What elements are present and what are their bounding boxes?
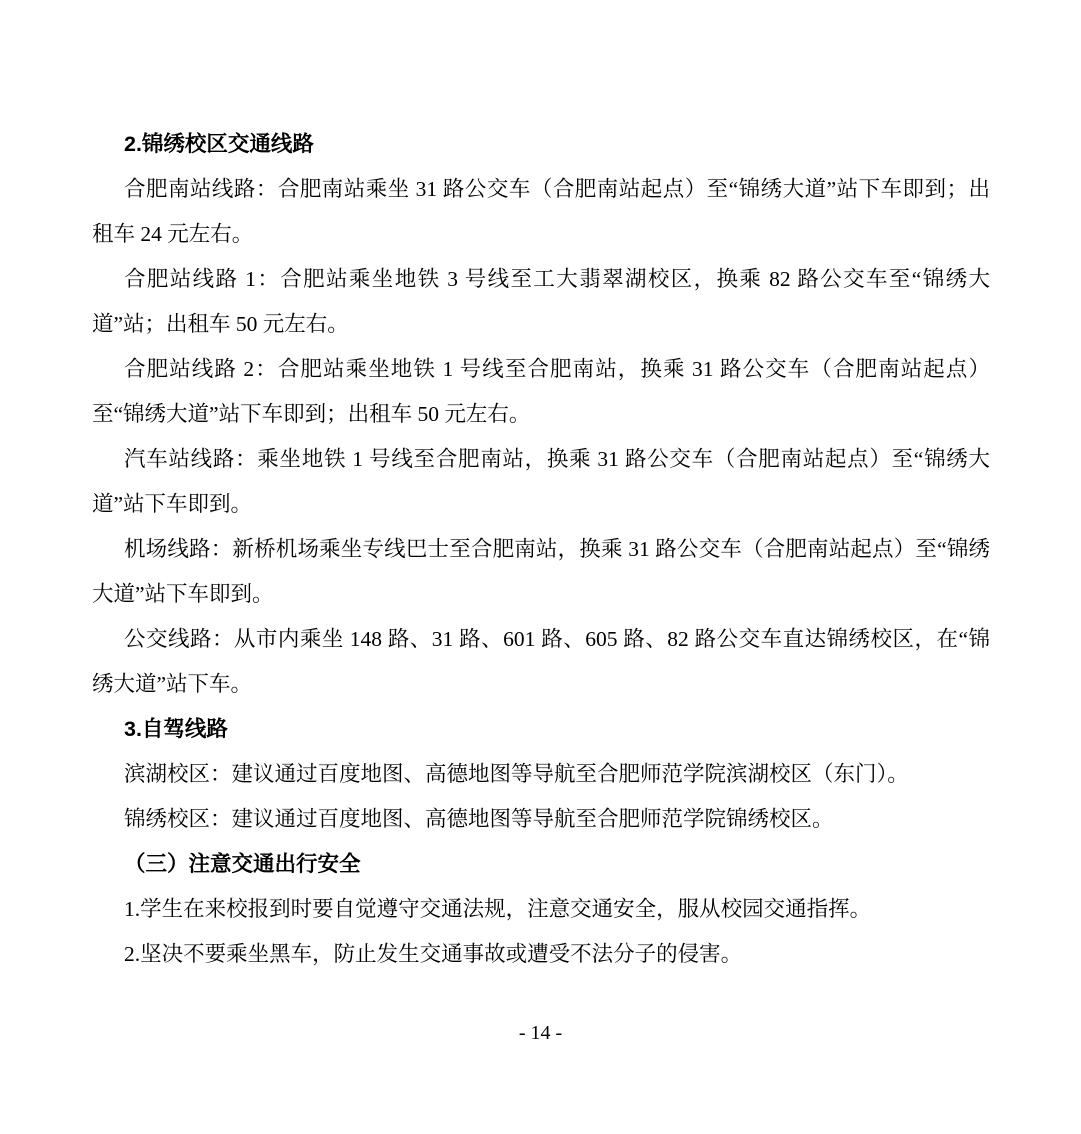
paragraph-hefei-south-station-route: 合肥南站线路：合肥南站乘坐 31 路公交车（合肥南站起点）至“锦绣大道”站下车即… (92, 167, 990, 257)
paragraph-safety-rule-2: 2.坚决不要乘坐黑车，防止发生交通事故或遭受不法分子的侵害。 (92, 932, 990, 977)
paragraph-public-bus-route: 公交线路：从市内乘坐 148 路、31 路、601 路、605 路、82 路公交… (92, 617, 990, 707)
page-number: - 14 - (0, 1018, 1081, 1048)
document-page: 2.锦绣校区交通线路 合肥南站线路：合肥南站乘坐 31 路公交车（合肥南站起点）… (0, 0, 1081, 1134)
paragraph-binhu-campus-navigation: 滨湖校区：建议通过百度地图、高德地图等导航至合肥师范学院滨湖校区（东门）。 (92, 752, 990, 797)
paragraph-safety-rule-1: 1.学生在来校报到时要自觉遵守交通法规，注意交通安全，服从校园交通指挥。 (92, 887, 990, 932)
paragraph-hefei-station-route-1: 合肥站线路 1：合肥站乘坐地铁 3 号线至工大翡翠湖校区，换乘 82 路公交车至… (92, 257, 990, 347)
section-heading-traffic-safety: （三）注意交通出行安全 (92, 842, 990, 887)
paragraph-hefei-station-route-2: 合肥站线路 2：合肥站乘坐地铁 1 号线至合肥南站，换乘 31 路公交车（合肥南… (92, 347, 990, 437)
paragraph-airport-route: 机场线路：新桥机场乘坐专线巴士至合肥南站，换乘 31 路公交车（合肥南站起点）至… (92, 527, 990, 617)
section-heading-self-driving: 3.自驾线路 (92, 707, 990, 752)
document-body: 2.锦绣校区交通线路 合肥南站线路：合肥南站乘坐 31 路公交车（合肥南站起点）… (92, 122, 990, 977)
section-heading-jinxiu-traffic: 2.锦绣校区交通线路 (92, 122, 990, 167)
paragraph-bus-station-route: 汽车站线路：乘坐地铁 1 号线至合肥南站，换乘 31 路公交车（合肥南站起点）至… (92, 437, 990, 527)
paragraph-jinxiu-campus-navigation: 锦绣校区：建议通过百度地图、高德地图等导航至合肥师范学院锦绣校区。 (92, 797, 990, 842)
